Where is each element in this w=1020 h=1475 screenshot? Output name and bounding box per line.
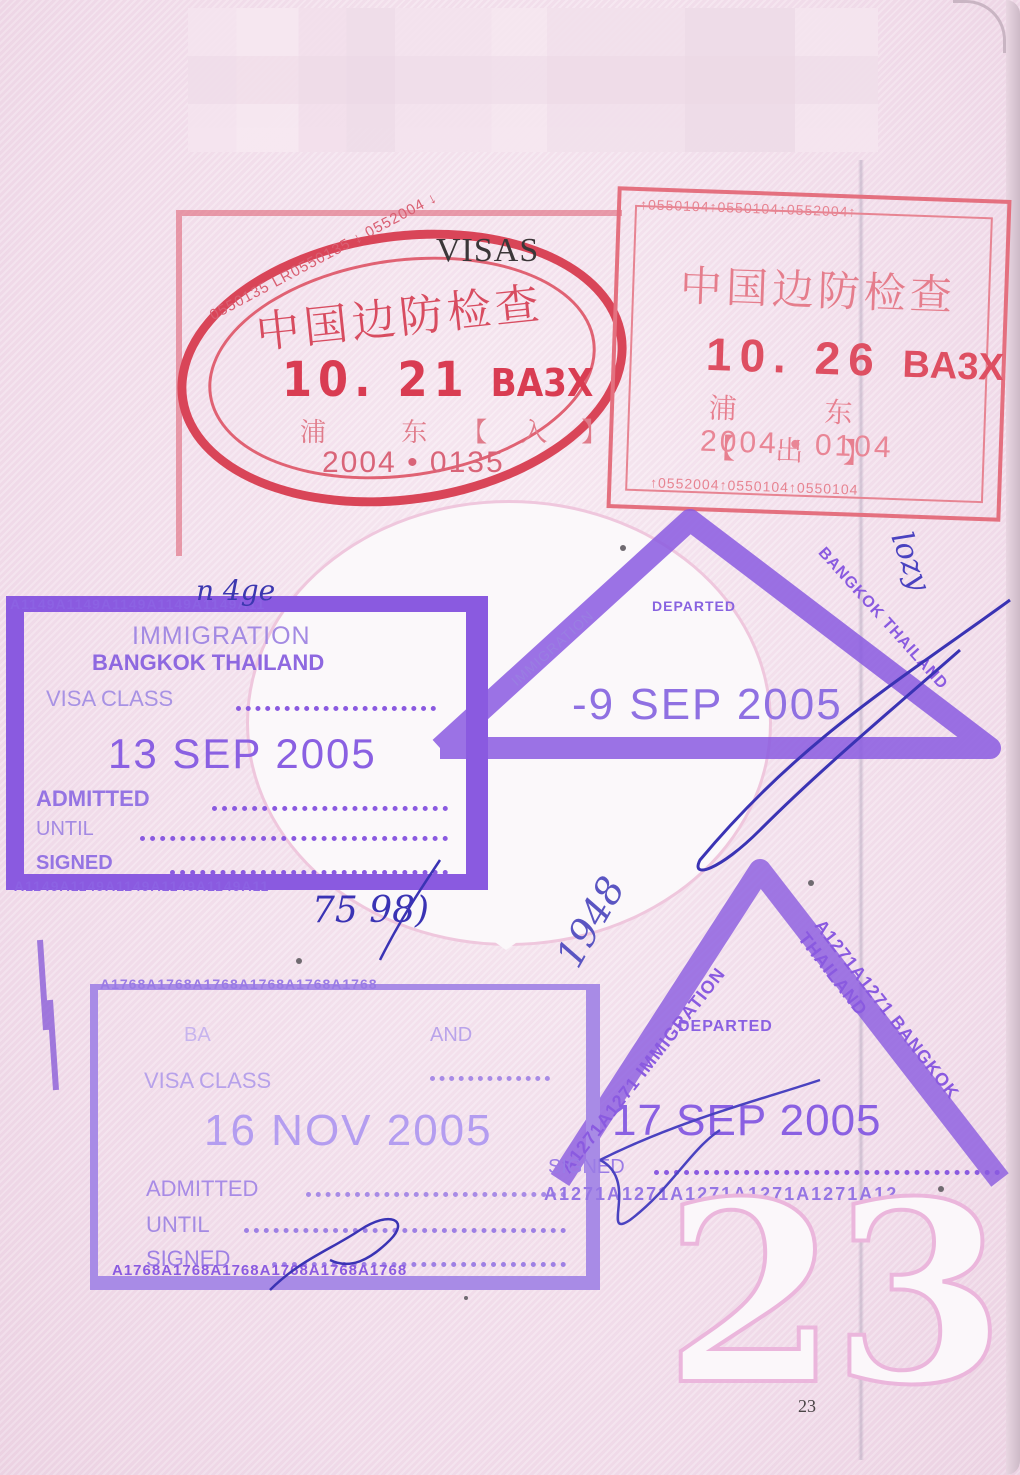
paper-fleck [620, 545, 626, 551]
paper-fleck [464, 1296, 468, 1300]
paper-fleck [296, 958, 302, 964]
paper-fleck [938, 1186, 944, 1192]
pen-strokes [0, 0, 1020, 1475]
paper-fleck [808, 880, 814, 886]
passport-page: 0550135 LR0550135 ↓ 0552004 ↓ 中国边防检查 10.… [0, 0, 1020, 1475]
